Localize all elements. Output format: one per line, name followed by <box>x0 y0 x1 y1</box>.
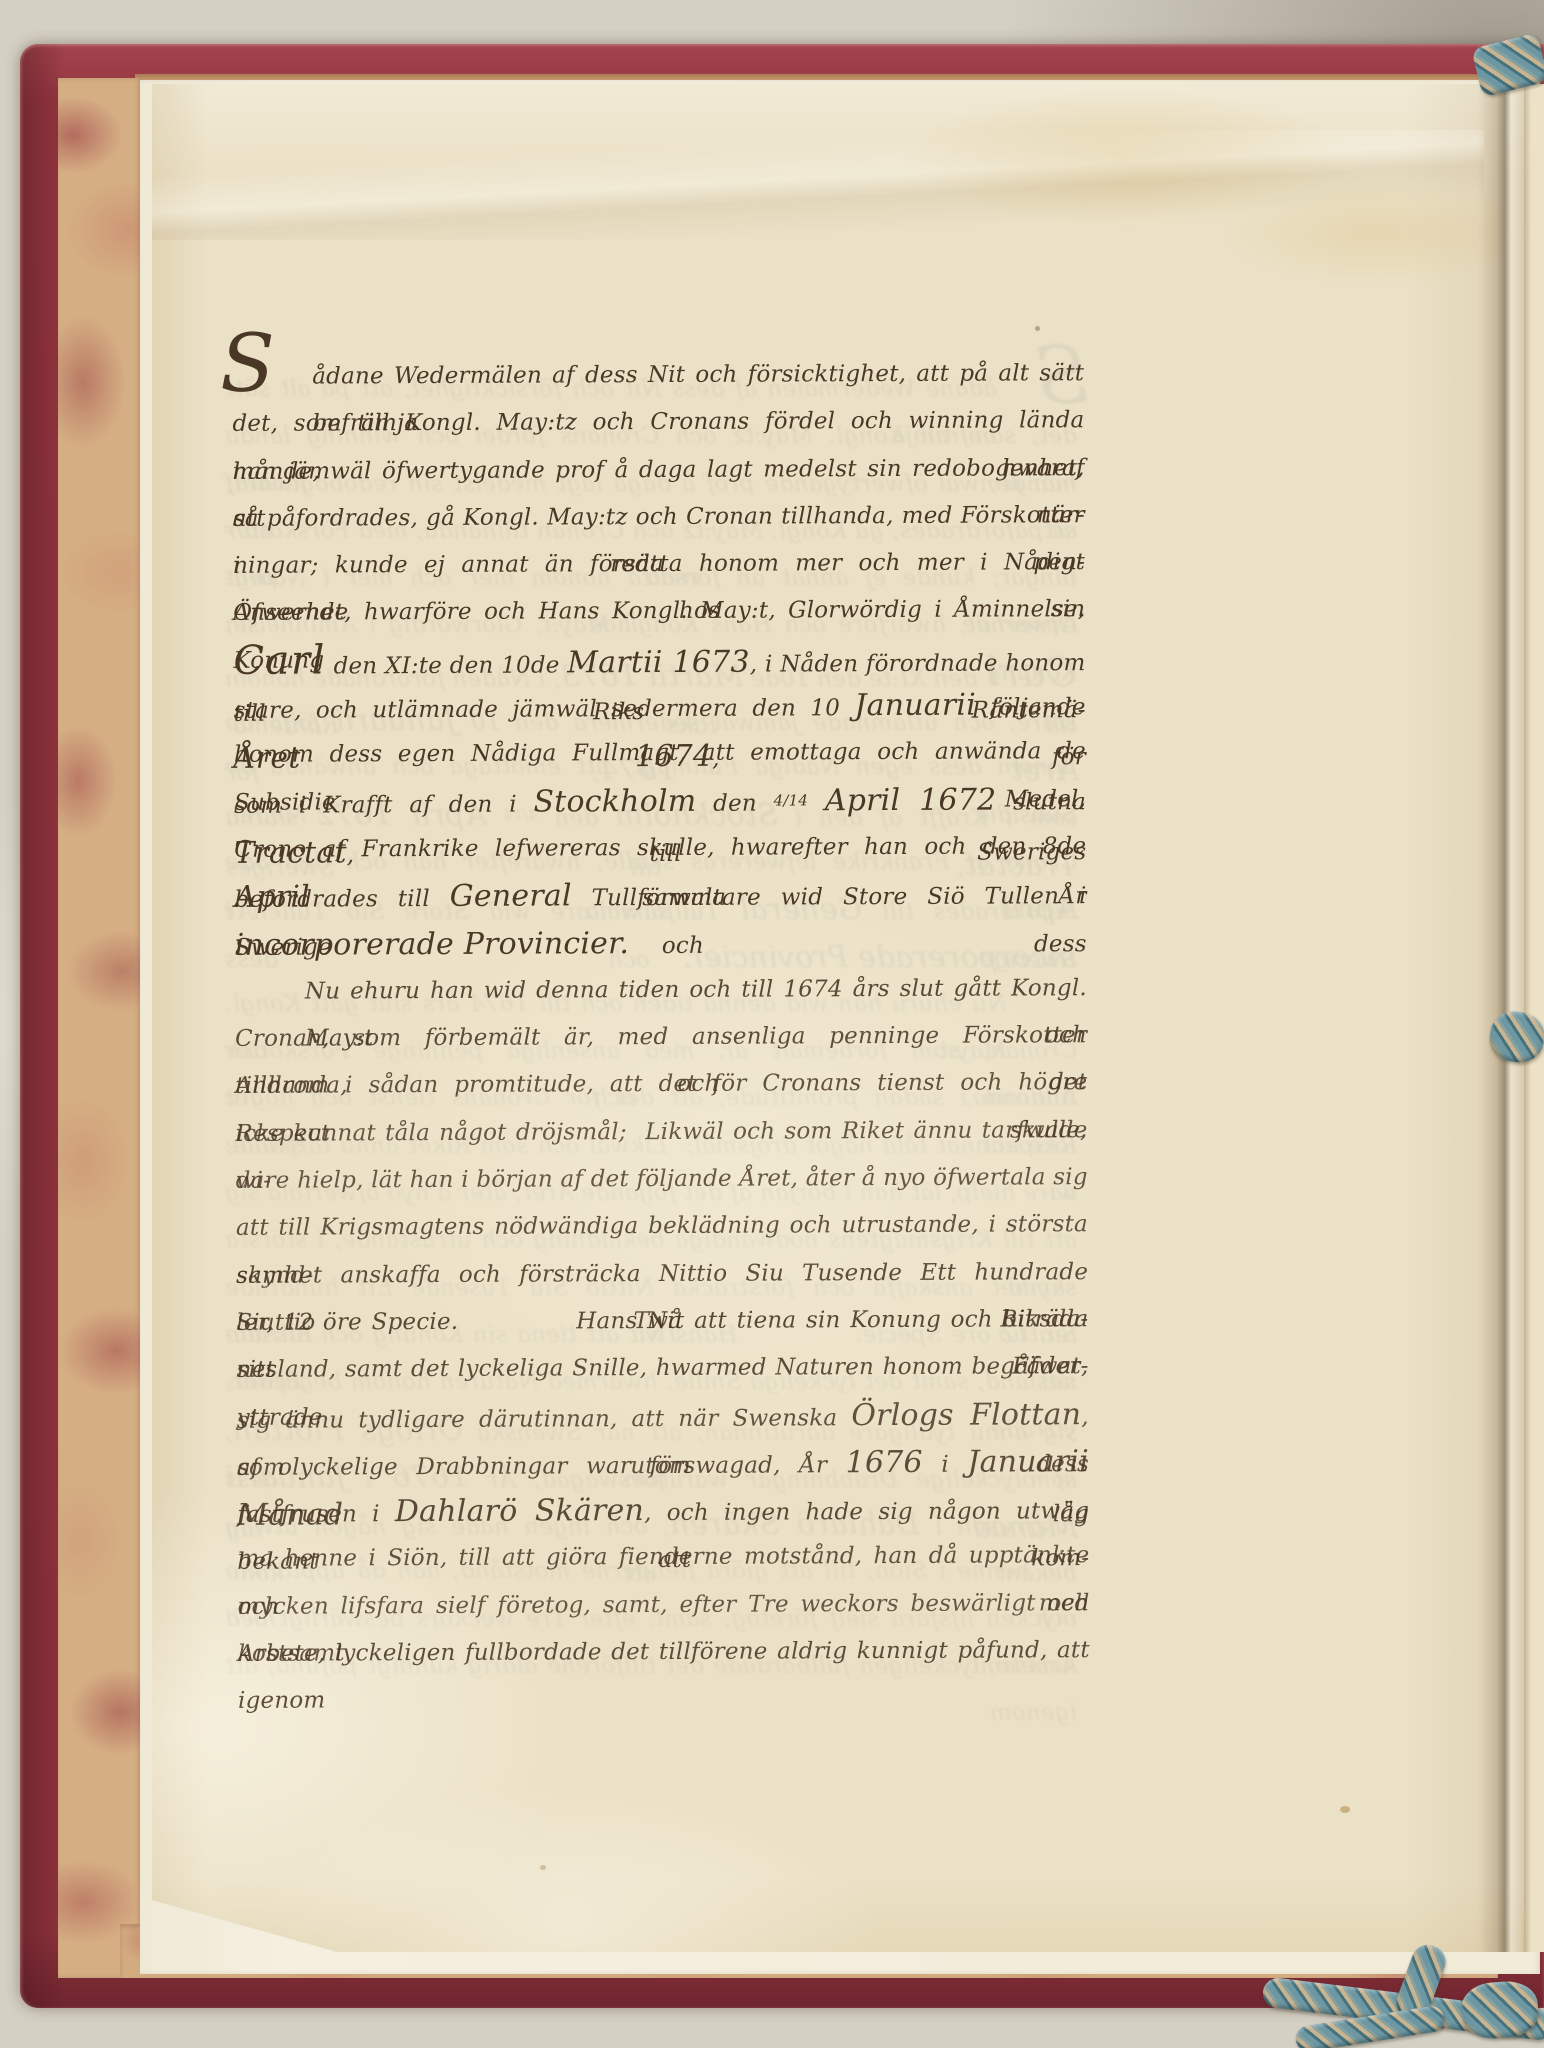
text-segment: 1676 <box>846 1445 923 1480</box>
text-line: Cronan, som förbemält är, med ansenliga … <box>235 1012 1087 1063</box>
text-line: icke kunnat tåla något dröjsmål; Likwäl … <box>235 1107 1087 1158</box>
text-segment: April 1672 <box>825 782 997 818</box>
text-segment: slutna <box>996 789 1093 815</box>
text-segment: i <box>923 1451 968 1477</box>
text-line: Crono af Frankrike lefwereras skulle, hw… <box>234 823 1086 874</box>
text-segment: af olyckelige Drabbningar war förswagad,… <box>237 1452 846 1481</box>
text-line: att till Krigsmagtens nödwändiga beklädn… <box>236 1201 1088 1252</box>
text-segment: Stockholm <box>533 784 696 820</box>
text-segment: befordrades till <box>234 886 449 913</box>
text-line: Nu ehuru han wid denna tiden och till 16… <box>235 965 1087 1016</box>
paper-speck <box>540 1865 546 1870</box>
text-line: så påfordrades, gå Kongl. May:tz och Cro… <box>233 492 1085 543</box>
text-segment: Örlogs Flottan <box>851 1397 1081 1433</box>
text-segment: sig ännu tydligare därutinnan, att när S… <box>237 1405 852 1434</box>
marbled-endpaper-left <box>58 78 142 1978</box>
text-segment: den XI:te den 10de <box>326 652 568 679</box>
text-segment: följande <box>976 694 1093 721</box>
text-line: incorporerade Provincier. <box>235 918 1087 969</box>
text-line: det, som till Kongl. May:tz och Cronans … <box>232 397 1084 448</box>
text-line: ma henne i Siön, till att giöra fiendern… <box>237 1533 1089 1584</box>
text-segment: General <box>450 879 572 915</box>
text-line: stare, och utlämnade jämwäl sedermera de… <box>234 681 1086 732</box>
text-line: Öfwerhet, hwarföre och Hans Kongl. May:t… <box>233 587 1085 638</box>
text-line: dare hielp, lät han i början af det följ… <box>236 1154 1088 1205</box>
text-segment: ler, 12 öre Specie. <box>236 1309 458 1336</box>
text-line: nesland, samt det lyckeliga Snille, hwar… <box>236 1343 1088 1394</box>
text-line: ningar; kunde ej annat än försätta honom… <box>233 539 1085 590</box>
handwritten-text-block: Sådane Wedermälen af dess Nit och försic… <box>232 350 1090 1678</box>
text-line: Androm i sådan promtitude, att det för C… <box>235 1060 1087 1111</box>
text-segment: S <box>220 324 275 404</box>
text-line: ler, 12 öre Specie.Hans Nit att tiena si… <box>236 1296 1088 1347</box>
text-segment: Crono af Frankrike lefwereras skulle, hw… <box>234 833 1094 863</box>
text-segment: Januarii <box>854 688 976 724</box>
text-line: af olyckelige Drabbningar war förswagad,… <box>237 1438 1089 1489</box>
paper-speck <box>1035 326 1040 331</box>
text-line: Sådane Wedermälen af dess Nit och försic… <box>232 350 1084 401</box>
text-line: sig ännu tydligare därutinnan, att när S… <box>237 1391 1089 1442</box>
text-segment: Dahlarö Skären <box>395 1493 644 1529</box>
text-line: honom dess egen Nådiga Fullmagt, att emo… <box>234 729 1086 780</box>
text-segment: dare hielp, lät han i början af det följ… <box>236 1164 1088 1194</box>
text-segment: incorporerade Provincier. <box>235 926 630 963</box>
text-line: Carl den XI:te den 10de Martii 1673, i N… <box>233 634 1085 685</box>
paper-speck <box>1340 1806 1350 1813</box>
text-segment: 4/14 <box>774 791 809 809</box>
text-segment: Carl <box>233 637 326 683</box>
text-line: han jämwäl öfwertygande prof å daga lagt… <box>233 445 1085 496</box>
text-line: fastfrusen i Dahlarö Skären, och ingen h… <box>237 1485 1089 1536</box>
text-line: mycken lifsfara sielf företog, samt, eft… <box>237 1580 1089 1631</box>
text-segment: Martii 1673 <box>567 644 750 680</box>
text-segment: fastfrusen i <box>237 1501 395 1528</box>
text-segment <box>458 1328 576 1329</box>
text-segment <box>808 790 825 816</box>
text-line: samhet anskaffa och försträcka Nittio Si… <box>236 1249 1088 1300</box>
text-segment: den <box>696 790 773 816</box>
text-segment: som i Krafft af den i <box>234 791 534 818</box>
text-line: som i Krafft af den i Stockholm den 4/14… <box>234 776 1086 827</box>
text-line: befordrades till General Tullförwaltare … <box>234 870 1086 921</box>
text-line: Arbete, lyckeligen fullbordade det tillf… <box>238 1627 1090 1678</box>
scan-background: Sådane Wedermälen af dess Nit och försic… <box>0 0 1544 2048</box>
text-segment: stare, och utlämnade jämwäl sedermera de… <box>234 695 855 724</box>
